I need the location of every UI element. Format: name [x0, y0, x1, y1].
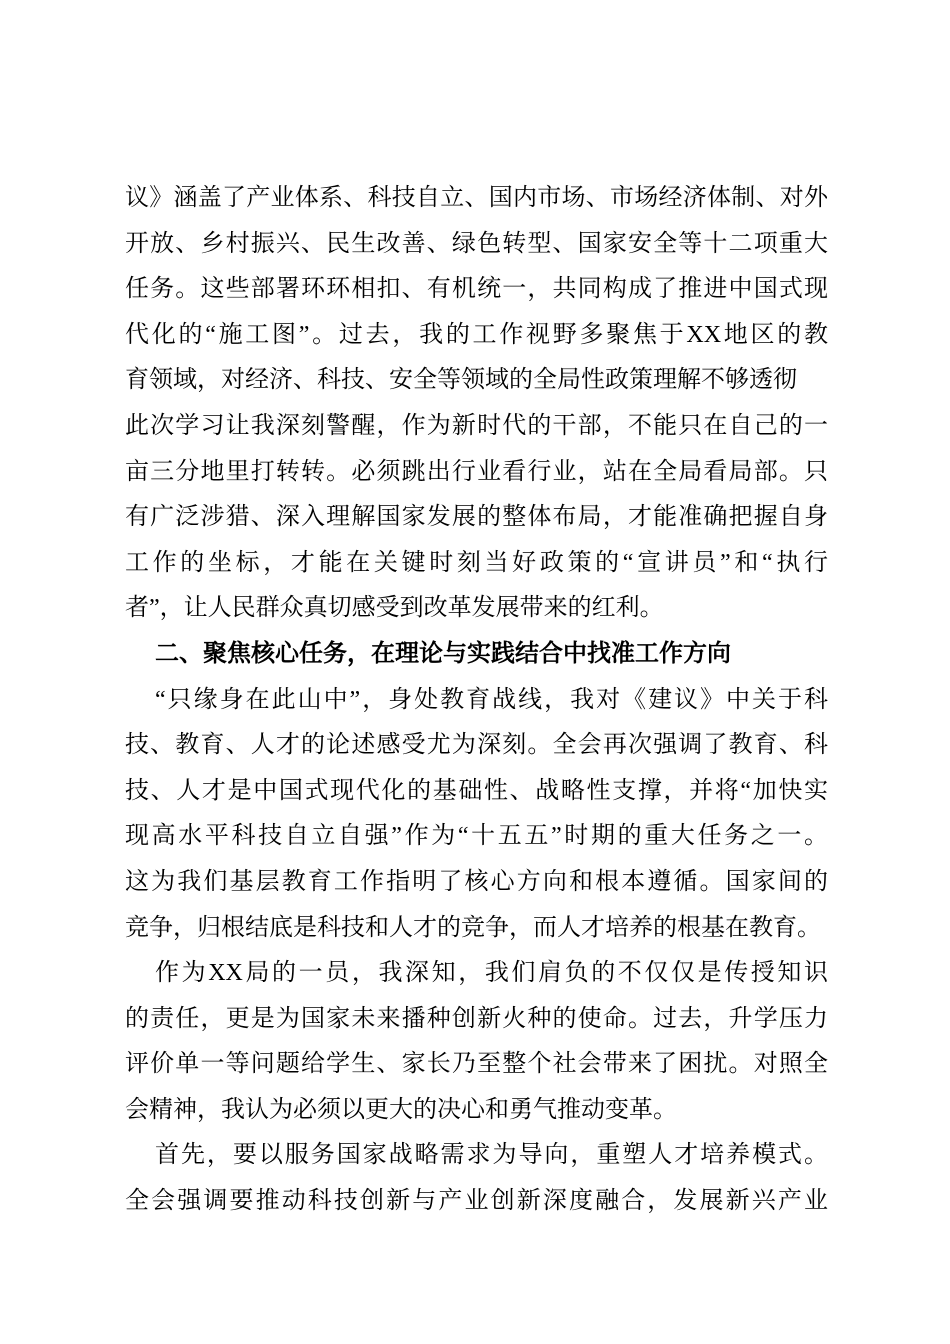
text-line: 会精神，我认为必须以更大的决心和勇气推动变革。 [125, 1088, 828, 1134]
text-line: 竞争，归根结底是科技和人才的竞争，而人才培养的根基在教育。 [125, 906, 828, 952]
text-line: 有广泛涉猎、深入理解国家发展的整体布局，才能准确把握自身 [125, 495, 828, 541]
text-line: 技、人才是中国式现代化的基础性、战略性支撑，并将“加快实 [125, 769, 828, 815]
text-line: 亩三分地里打转转。必须跳出行业看行业，站在全局看局部。只 [125, 450, 828, 496]
text-line: 任务。这些部署环环相扣、有机统一，共同构成了推进中国式现 [125, 267, 828, 313]
text-line: 工作的坐标，才能在关键时刻当好政策的“宣讲员”和“执行 [125, 541, 828, 587]
text-line: 代化的“施工图”。过去，我的工作视野多聚焦于XX地区的教 [125, 313, 828, 359]
text-line: 技、教育、人才的论述感受尤为深刻。全会再次强调了教育、科 [125, 723, 828, 769]
text-line: 首先，要以服务国家战略需求为导向，重塑人才培养模式。 [125, 1133, 828, 1179]
text-line: 议》涵盖了产业体系、科技自立、国内市场、市场经济体制、对外 [125, 176, 828, 222]
text-line: 的责任，更是为国家未来播种创新火种的使命。过去，升学压力 [125, 997, 828, 1043]
section-heading: 二、聚焦核心任务，在理论与实践结合中找准工作方向 [125, 632, 828, 678]
text-line: 这为我们基层教育工作指明了核心方向和根本遵循。国家间的 [125, 860, 828, 906]
text-line: 现高水平科技自立自强”作为“十五五”时期的重大任务之一。 [125, 814, 828, 860]
document-body: 议》涵盖了产业体系、科技自立、国内市场、市场经济体制、对外 开放、乡村振兴、民生… [125, 176, 828, 1225]
document-page: 议》涵盖了产业体系、科技自立、国内市场、市场经济体制、对外 开放、乡村振兴、民生… [0, 0, 950, 1344]
text-line: 开放、乡村振兴、民生改善、绿色转型、国家安全等十二项重大 [125, 222, 828, 268]
text-line: “只缘身在此山中”，身处教育战线，我对《建议》中关于科 [125, 678, 828, 724]
text-line: 作为XX局的一员，我深知，我们肩负的不仅仅是传授知识 [125, 951, 828, 997]
text-line: 全会强调要推动科技创新与产业创新深度融合，发展新兴产业 [125, 1179, 828, 1225]
text-line: 评价单一等问题给学生、家长乃至整个社会带来了困扰。对照全 [125, 1042, 828, 1088]
text-line: 者”，让人民群众真切感受到改革发展带来的红利。 [125, 586, 828, 632]
text-line: 此次学习让我深刻警醒，作为新时代的干部，不能只在自己的一 [125, 404, 828, 450]
text-line: 育领域，对经济、科技、安全等领域的全局性政策理解不够透彻 [125, 358, 828, 404]
